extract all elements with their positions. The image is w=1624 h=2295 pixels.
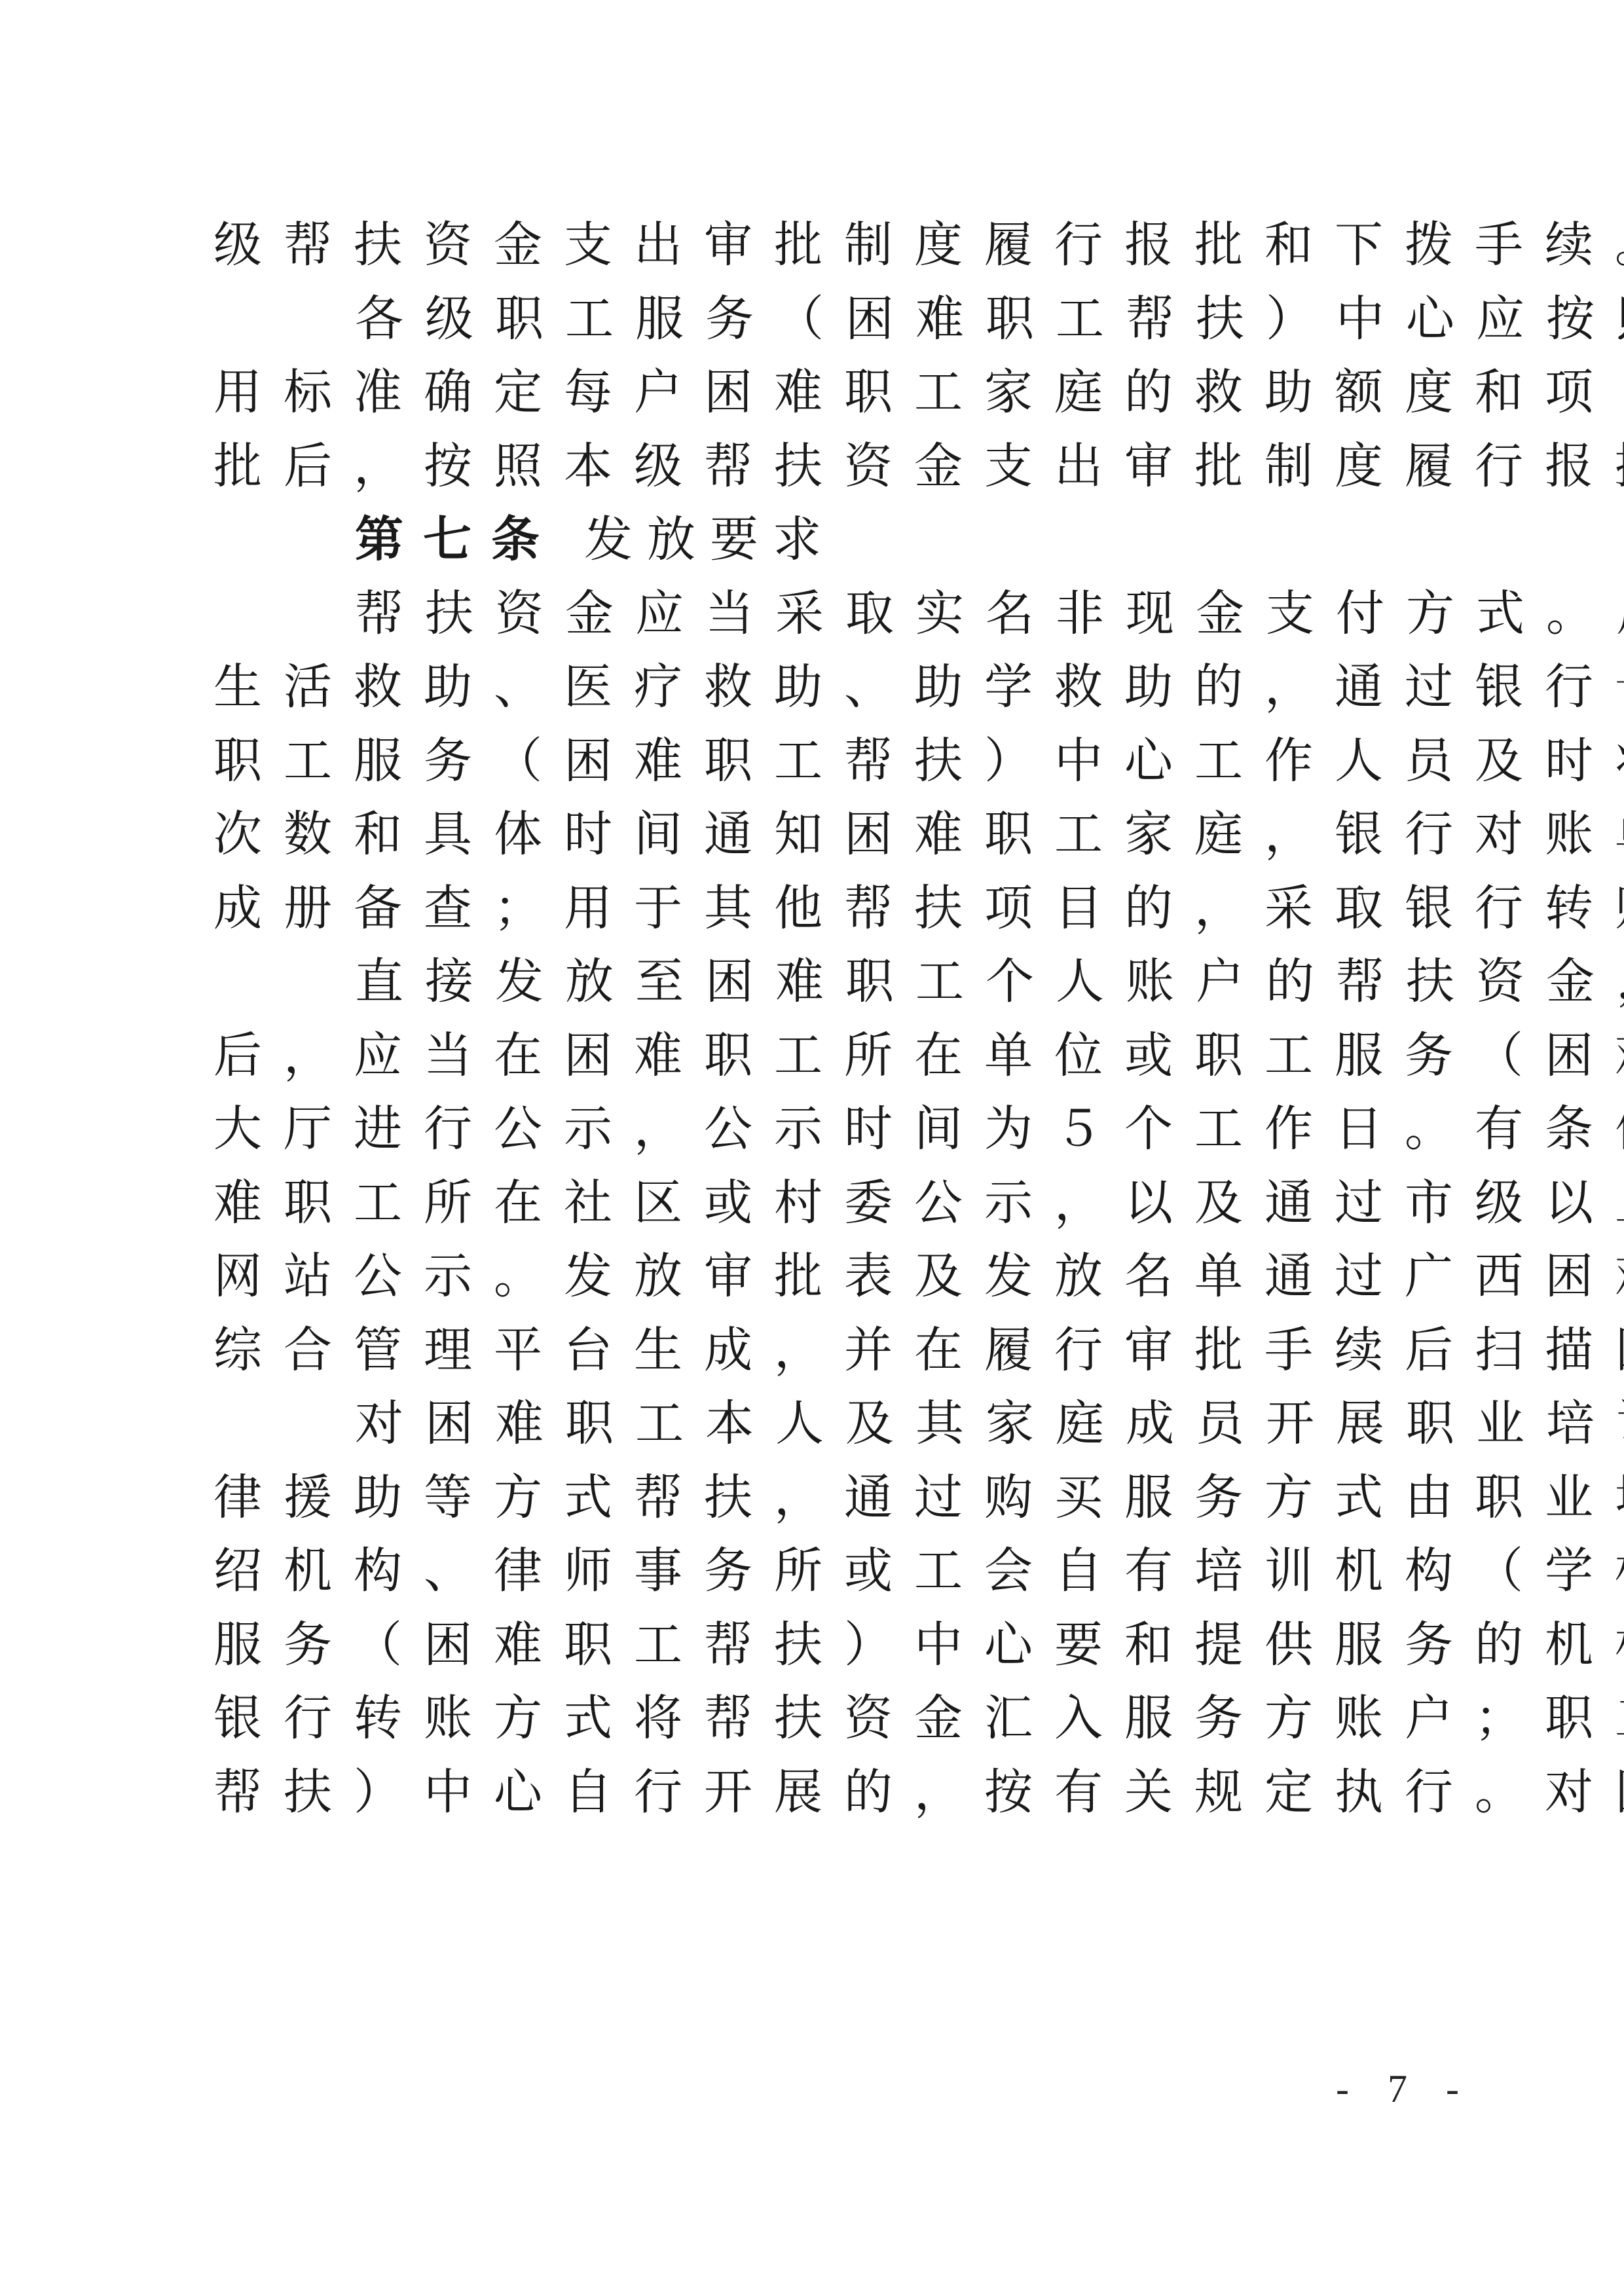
text-line: 职工服务（困难职工帮扶）中心工作人员及时将帮扶项目、金额、: [213, 724, 1425, 798]
document-page: 级帮扶资金支出审批制度履行报批和下拨手续。 各级职工服务（困难职工帮扶）中心应按…: [0, 0, 1624, 2295]
text-line: 生活救助、医疗救助、助学救助的，通过银行卡（存折）发放。: [213, 650, 1425, 724]
text-line: 绍机构、律师事务所或工会自有培训机构（学校）提供的，职工: [213, 1534, 1425, 1608]
paragraph-first-line: 对困难职工本人及其家庭成员开展职业培训、职业介绍、法: [213, 1387, 1425, 1461]
text-line: 服务（困难职工帮扶）中心要和提供服务的机构签订合同，通过: [213, 1608, 1425, 1682]
page-number: - 7 -: [1336, 2063, 1473, 2115]
paragraph-first-line: 直接发放至困难职工个人账户的帮扶资金，经审核确认无误: [213, 945, 1425, 1019]
article-heading: 第七条发放要求: [213, 503, 1425, 577]
text-line: 次数和具体时间通知困难职工家庭，银行对账单由财务人员装订: [213, 798, 1425, 872]
text-line: 用标准确定每户困难职工家庭的救助额度和项目，经本级工会审: [213, 356, 1425, 430]
text-line: 后，应当在困难职工所在单位或职工服务（困难职工帮扶）中心: [213, 1019, 1425, 1093]
text-line: 成册备查；用于其他帮扶项目的，采取银行转账方式结算。: [213, 872, 1425, 946]
article-title: 发放要求: [584, 511, 836, 568]
text-line: 难职工所在社区或村委公示，以及通过市级以上工会媒体和工会: [213, 1166, 1425, 1240]
body-text: 级帮扶资金支出审批制度履行报批和下拨手续。 各级职工服务（困难职工帮扶）中心应按…: [213, 208, 1425, 1829]
text-line: 网站公示。发放审批表及发放名单通过广西困难职工智慧云帮扶: [213, 1239, 1425, 1313]
article-number: 第七条: [355, 511, 559, 568]
paragraph-first-line: 各级职工服务（困难职工帮扶）中心应按照本办法规定的使: [213, 282, 1425, 356]
text-line: 综合管理平台生成，并在履行审批手续后扫描回传平台。: [213, 1313, 1425, 1387]
text-line: 级帮扶资金支出审批制度履行报批和下拨手续。: [213, 208, 1425, 282]
text-line: 大厅进行公示，公示时间为５个工作日。有条件的地区同时在困: [213, 1092, 1425, 1166]
text-line: 帮扶）中心自行开展的，按有关规定执行。对困难职工本人及其: [213, 1755, 1425, 1829]
paragraph-first-line: 帮扶资金应当采取实名非现金支付方式。用于困难职工家庭: [213, 577, 1425, 651]
text-line: 银行转账方式将帮扶资金汇入服务方账户；职工服务（困难职工: [213, 1681, 1425, 1755]
text-line: 批后，按照本级帮扶资金支出审批制度履行报批和发放手续。: [213, 430, 1425, 504]
text-line: 律援助等方式帮扶，通过购买服务方式由职业培训机构、职业介: [213, 1461, 1425, 1535]
